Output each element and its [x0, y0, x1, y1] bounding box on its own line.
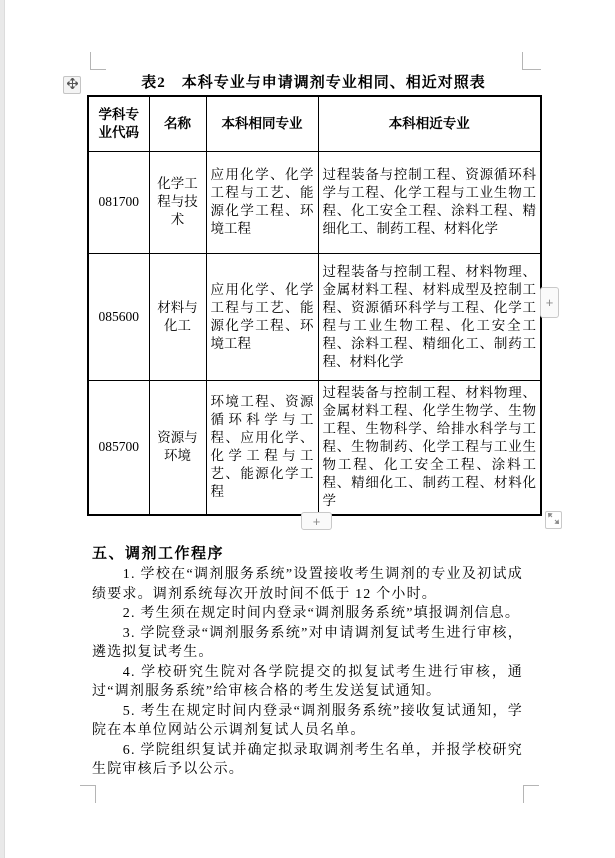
page-corner-mark-bottom-left — [80, 785, 96, 803]
majors-comparison-table: 学科专业代码 名称 本科相同专业 本科相近专业 081700 化学工程与技术 应… — [87, 95, 542, 516]
table-row: 085600 材料与化工 应用化学、化学工程与工艺、能源化学工程、环境工程 过程… — [88, 253, 541, 380]
procedure-section: 五、调剂工作程序 1. 学校在“调剂服务系统”设置接收考生调剂的专业及初试成绩要… — [92, 544, 523, 780]
similar-majors: 过程装备与控制工程、材料物理、金属材料工程、化学生物学、生物工程、生物科学、给排… — [318, 380, 541, 515]
page-corner-mark-top-right — [522, 52, 541, 70]
insert-column-button[interactable]: + — [540, 287, 559, 318]
procedure-step: 2. 考生须在规定时间内登录“调剂服务系统”填报调剂信息。 — [92, 604, 523, 624]
major-code: 081700 — [88, 151, 149, 253]
major-name: 资源与环境 — [149, 380, 206, 515]
same-majors: 应用化学、化学工程与工艺、能源化学工程、环境工程 — [206, 151, 318, 253]
page-corner-mark-top-left — [90, 52, 106, 70]
major-code: 085700 — [88, 380, 149, 515]
table-row: 081700 化学工程与技术 应用化学、化学工程与工艺、能源化学工程、环境工程 … — [88, 151, 541, 253]
col-header-name: 名称 — [149, 96, 206, 151]
move-arrows-icon — [67, 76, 78, 94]
document-page: 表2 本科专业与申请调剂专业相同、相近对照表 学科专业代码 名称 本科相同专业 … — [0, 0, 615, 858]
major-code: 085600 — [88, 253, 149, 380]
procedure-step: 3. 学院登录“调剂服务系统”对申请调剂复试考生进行审核，遴选拟复试考生。 — [92, 624, 523, 663]
major-name: 化学工程与技术 — [149, 151, 206, 253]
similar-majors: 过程装备与控制工程、材料物理、金属材料工程、材料成型及控制工程、资源循环科学与工… — [318, 253, 541, 380]
procedure-step: 1. 学校在“调剂服务系统”设置接收考生调剂的专业及初试成绩要求。调剂系统每次开… — [92, 565, 523, 604]
insert-row-button[interactable]: + — [301, 512, 332, 530]
col-header-code: 学科专业代码 — [88, 96, 149, 151]
table-title: 表2 本科专业与申请调剂专业相同、相近对照表 — [87, 71, 540, 92]
col-header-same-majors: 本科相同专业 — [206, 96, 318, 151]
table-resize-handle[interactable] — [545, 511, 562, 529]
col-header-similar-majors: 本科相近专业 — [318, 96, 541, 151]
section-heading: 五、调剂工作程序 — [92, 544, 523, 564]
same-majors: 环境工程、资源循环科学与工程、应用化学、化学工程与工艺、能源化学工程 — [206, 380, 318, 515]
procedure-step: 6. 学院组织复试并确定拟录取调剂考生名单，并报学校研究生院审核后予以公示。 — [92, 741, 523, 780]
same-majors: 应用化学、化学工程与工艺、能源化学工程、环境工程 — [206, 253, 318, 380]
table-header-row: 学科专业代码 名称 本科相同专业 本科相近专业 — [88, 96, 541, 151]
similar-majors: 过程装备与控制工程、资源循环科学与工程、化学工程与工业生物工程、化工安全工程、涂… — [318, 151, 541, 253]
resize-diagonal-icon — [548, 511, 559, 529]
window-left-edge — [0, 0, 5, 858]
page-corner-mark-bottom-right — [523, 785, 539, 803]
procedure-step: 5. 考生在规定时间内登录“调剂服务系统”接收复试通知，学院在本单位网站公示调剂… — [92, 702, 523, 741]
major-name: 材料与化工 — [149, 253, 206, 380]
table-move-handle[interactable] — [63, 76, 81, 94]
procedure-step: 4. 学校研究生院对各学院提交的拟复试考生进行审核，通过“调剂服务系统”给审核合… — [92, 663, 523, 702]
table-row: 085700 资源与环境 环境工程、资源循环科学与工程、应用化学、化学工程与工艺… — [88, 380, 541, 515]
